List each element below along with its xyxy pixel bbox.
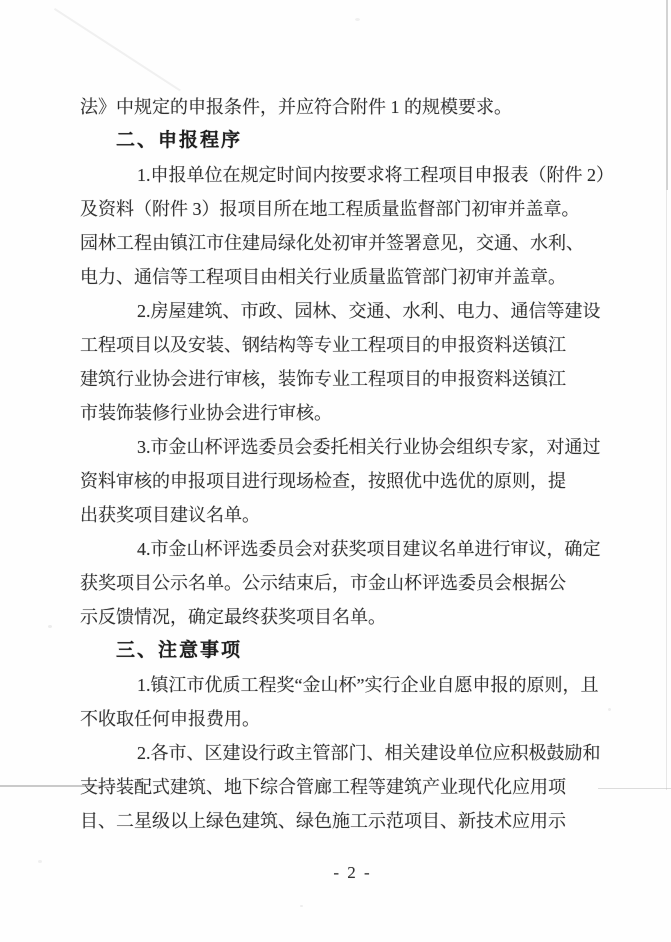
scan-smudge bbox=[54, 8, 181, 91]
text-line: 不收取任何申报费用。 bbox=[80, 702, 625, 736]
scan-edge-line-vertical-faint bbox=[666, 190, 667, 790]
text-line: 示反馈情况，确定最终获奖项目名单。 bbox=[80, 600, 625, 634]
scanned-page: 法》中规定的申报条件，并应符合附件 1 的规模要求。二、申报程序1.申报单位在规… bbox=[0, 0, 671, 942]
text-line: 市装饰装修行业协会进行审核。 bbox=[80, 396, 625, 430]
text-line: 工程项目以及安装、钢结构等专业工程项目的申报资料送镇江 bbox=[80, 328, 625, 362]
text-line: 园林工程由镇江市住建局绿化处初审并签署意见，交通、水利、 bbox=[80, 226, 625, 260]
text-line: 1.镇江市优质工程奖“金山杯”实行企业自愿申报的原则，且 bbox=[80, 668, 625, 702]
text-line: 电力、通信等工程项目由相关行业质量监管部门初审并盖章。 bbox=[80, 260, 625, 294]
section-heading: 二、申报程序 bbox=[80, 124, 625, 158]
scan-edge-line-vertical bbox=[666, 0, 668, 190]
text-line: 及资料（附件 3）报项目所在地工程质量监督部门初审并盖章。 bbox=[80, 192, 625, 226]
text-line: 2.各市、区建设行政主管部门、相关建设单位应积极鼓励和 bbox=[80, 736, 625, 770]
scan-speck bbox=[355, 18, 360, 21]
text-line: 法》中规定的申报条件，并应符合附件 1 的规模要求。 bbox=[80, 90, 625, 124]
scan-speck bbox=[38, 860, 42, 863]
text-line: 3.市金山杯评选委员会委托相关行业协会组织专家，对通过 bbox=[80, 430, 625, 464]
text-line: 1.申报单位在规定时间内按要求将工程项目申报表（附件 2） bbox=[80, 158, 625, 192]
text-line: 建筑行业协会进行审核，装饰专业工程项目的申报资料送镇江 bbox=[80, 362, 625, 396]
scan-speck bbox=[300, 905, 303, 907]
text-line: 获奖项目公示名单。公示结束后，市金山杯评选委员会根据公 bbox=[80, 566, 625, 600]
text-line: 目、二星级以上绿色建筑、绿色施工示范项目、新技术应用示 bbox=[80, 804, 625, 838]
scan-speck bbox=[48, 625, 52, 628]
text-line: 4.市金山杯评选委员会对获奖项目建议名单进行审议，确定 bbox=[80, 532, 625, 566]
text-line: 资料审核的申报项目进行现场检查，按照优中选优的原则，提 bbox=[80, 464, 625, 498]
section-heading: 三、注意事项 bbox=[80, 634, 625, 668]
page-number: - 2 - bbox=[80, 856, 625, 890]
text-line: 出获奖项目建议名单。 bbox=[80, 498, 625, 532]
document-body: 法》中规定的申报条件，并应符合附件 1 的规模要求。二、申报程序1.申报单位在规… bbox=[80, 90, 625, 838]
text-line: 支持装配式建筑、地下综合管廊工程等建筑产业现代化应用项 bbox=[80, 770, 625, 804]
text-line: 2.房屋建筑、市政、园林、交通、水利、电力、通信等建设 bbox=[80, 294, 625, 328]
